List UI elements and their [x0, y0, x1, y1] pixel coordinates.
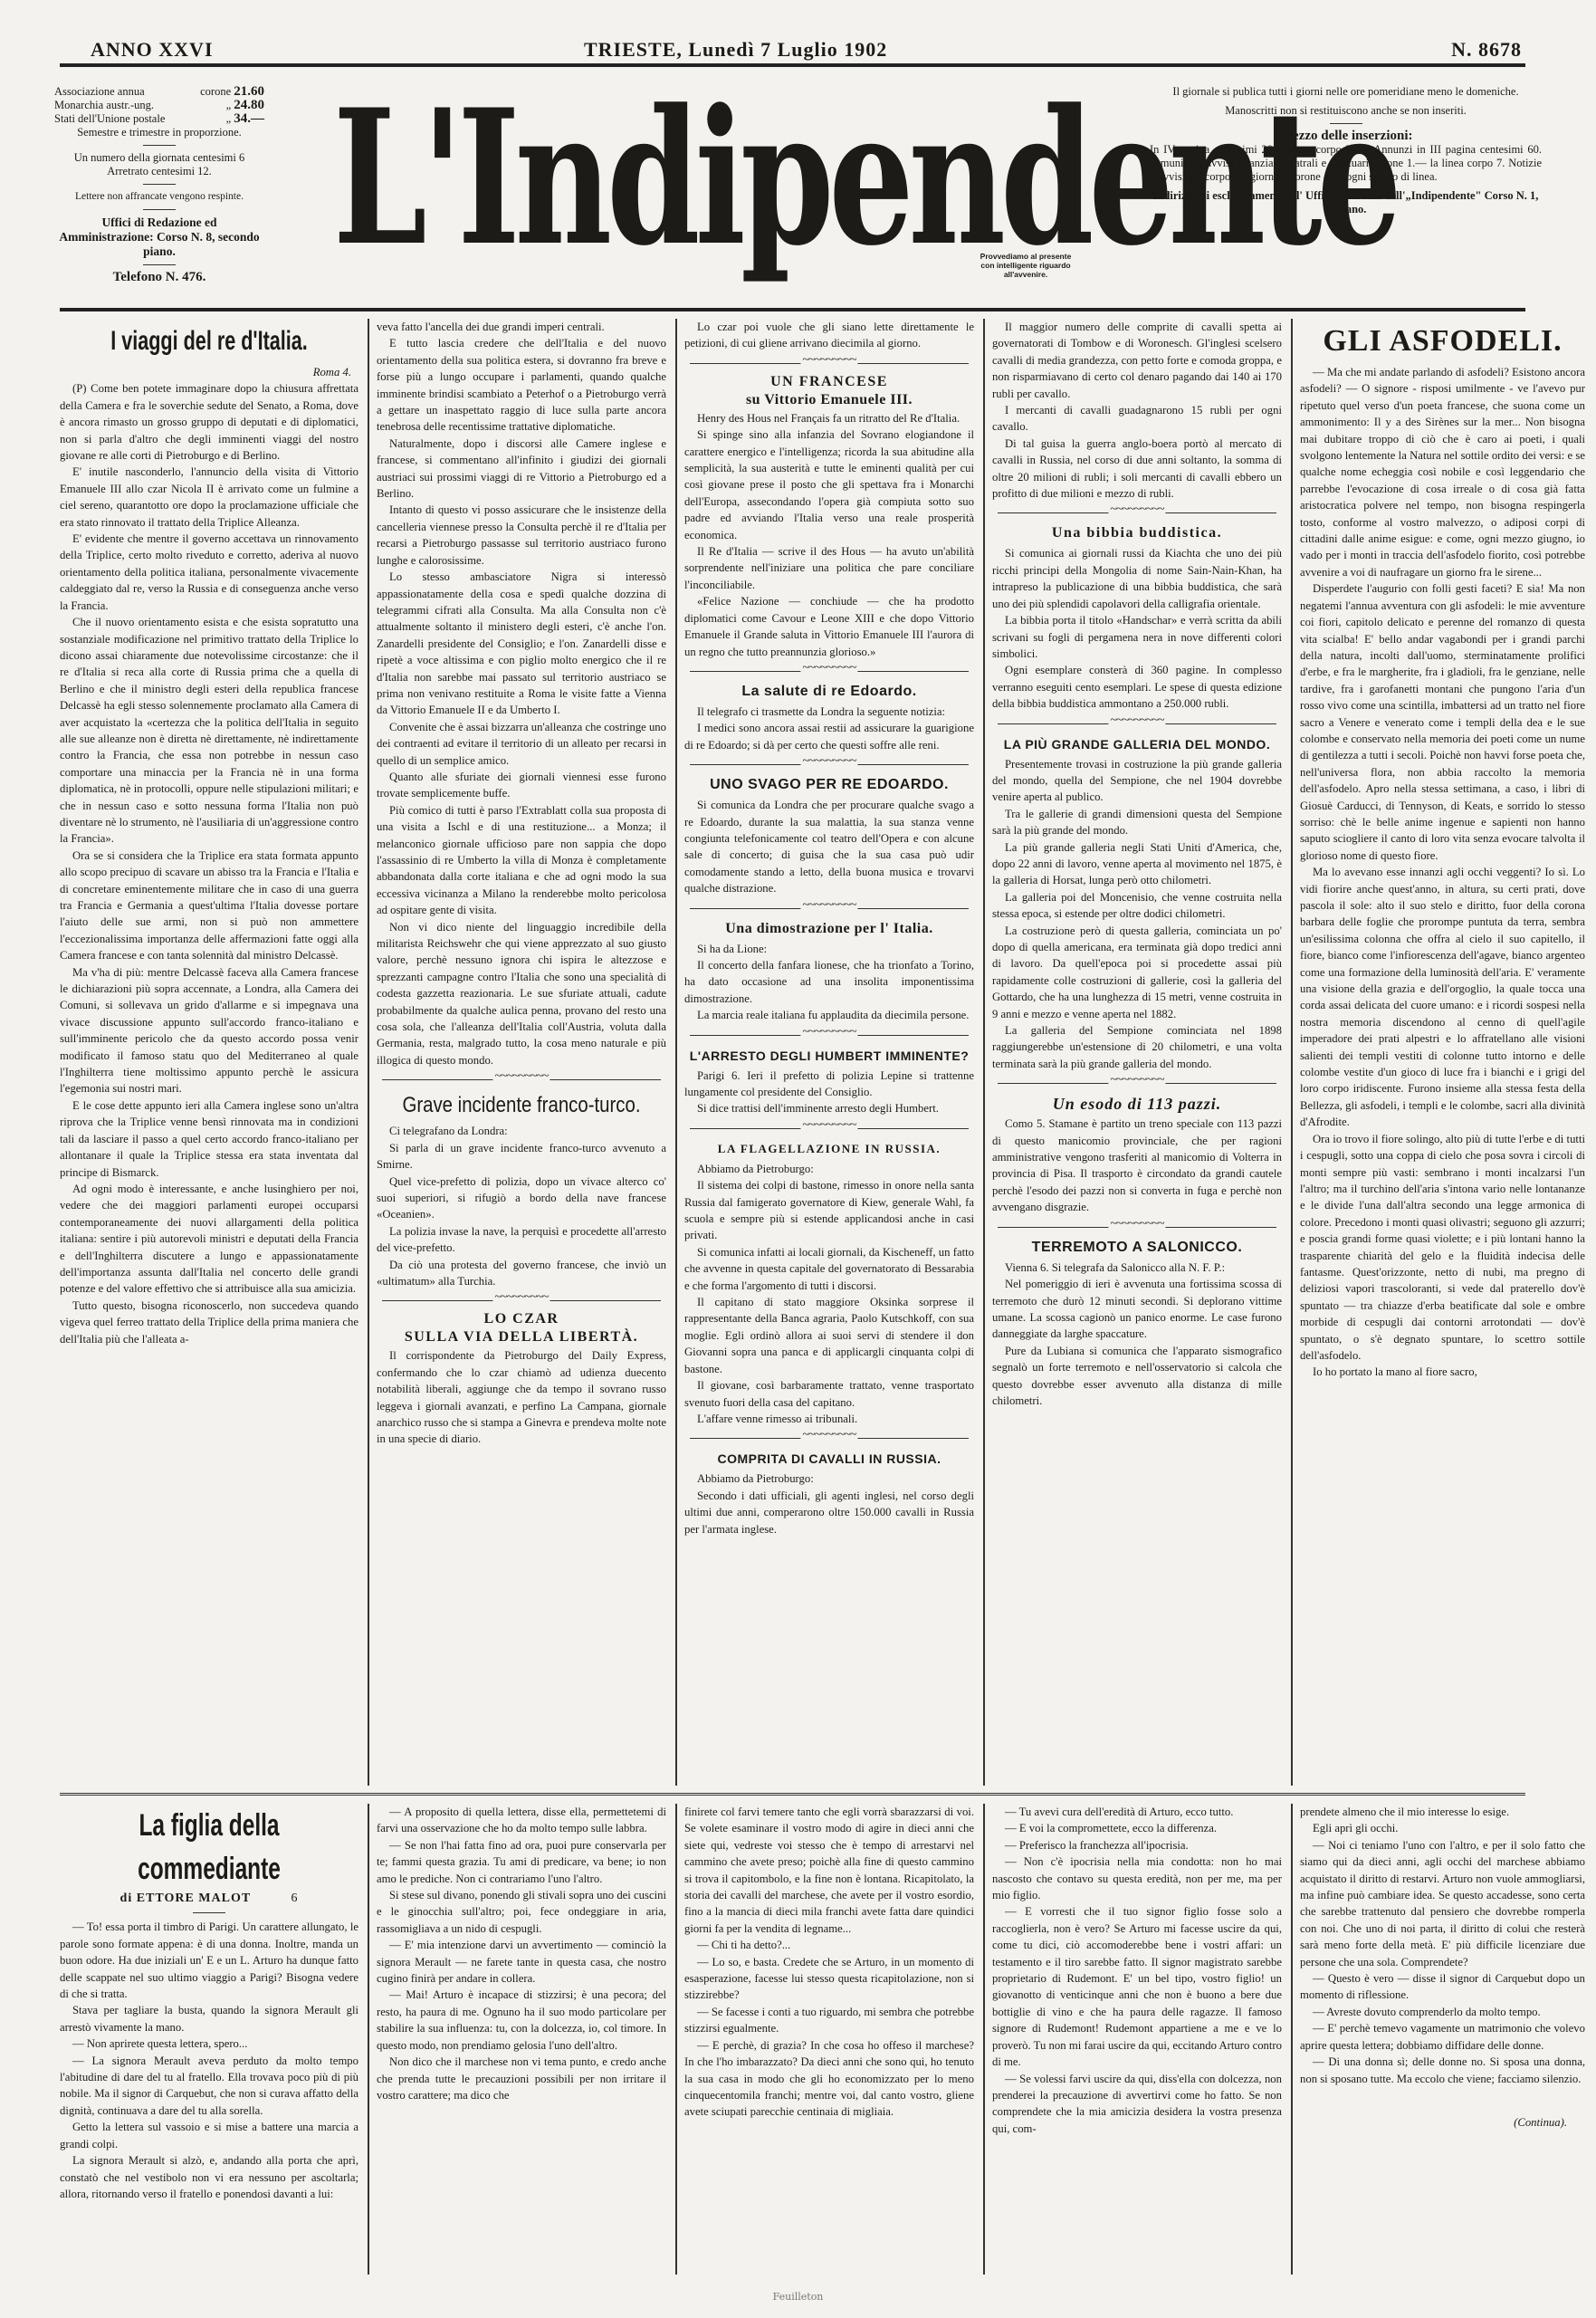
headline-flagellazione: LA FLAGELLAZIONE IN RUSSIA.: [684, 1139, 974, 1159]
paragraph: Ogni esemplare consterà di 360 pagine. I…: [992, 662, 1282, 712]
paragraph: — E voi la compromettete, ecco la differ…: [992, 1820, 1282, 1836]
price-row: Monarchia austr.-ung.„ 24.80: [54, 99, 264, 112]
ad-office-address: Indirizzarsi esclusivamente all' Ufficio…: [1150, 189, 1542, 216]
motto: Provvediamo al presente con intelligente…: [976, 252, 1075, 279]
paragraph: — Lo so, e basta. Credete che se Arturo,…: [684, 1954, 974, 2004]
paragraph: I medici sono ancora assai restii ad ass…: [684, 720, 974, 753]
paragraph: — Questo è vero — disse il signor di Car…: [1300, 1970, 1585, 2004]
feuilleton-column-2: — A proposito di quella lettera, disse e…: [377, 1804, 666, 2275]
paragraph: Lo stesso ambasciatore Nigra si interess…: [377, 569, 666, 719]
paragraph: La galleria poi del Moncenisio, che venn…: [992, 889, 1282, 923]
paragraph: Lo czar poi vuole che gli siano lette di…: [684, 319, 974, 352]
paragraph: Si ha da Lione:: [684, 941, 974, 957]
column-divider: [1291, 319, 1293, 1786]
wavy-divider: [684, 358, 974, 369]
divider: [1330, 123, 1362, 124]
price-row: Stati dell'Unione postale„ 34.—: [54, 112, 264, 126]
newspaper-title-logo: L'Indipendente: [333, 65, 1050, 292]
wavy-divider: [992, 1221, 1282, 1232]
paragraph: — A proposito di quella lettera, disse e…: [377, 1804, 666, 1837]
paragraph: — Tu avevi cura dell'eredità di Arturo, …: [992, 1804, 1282, 1820]
dateline-roma: Roma 4.: [60, 364, 358, 380]
paragraph: Egli aprì gli occhi.: [1300, 1820, 1585, 1836]
headline-humbert: L'ARRESTO DEGLI HUMBERT IMMINENTE?: [684, 1046, 974, 1066]
dateline: TRIESTE, Lunedì 7 Luglio 1902: [584, 38, 887, 62]
paragraph: — To! essa porta il timbro di Parigi. Un…: [60, 1919, 358, 2002]
paragraph: — Noi ci teniamo l'uno con l'altro, e pe…: [1300, 1837, 1585, 1970]
paragraph: La costruzione però di questa galleria, …: [992, 923, 1282, 1022]
back-issue-price: Arretrato centesimi 12.: [54, 165, 264, 178]
paragraph: Più comico di tutti è parso l'Extrablatt…: [377, 802, 666, 919]
paragraph: Il concerto della fanfara lionese, che h…: [684, 957, 974, 1007]
column-divider: [675, 1804, 677, 2275]
paragraph: Si comunica ai giornali russi da Kiachta…: [992, 545, 1282, 612]
paragraph: — Avreste dovuto comprenderlo da molto t…: [1300, 2004, 1585, 2020]
paragraph: Io ho portato la mano al fiore sacro,: [1300, 1364, 1585, 1380]
headline-grave-incidente: Grave incidente franco-turco.: [398, 1090, 645, 1121]
feuilleton-column-3: finirete col farvi temere tanto che egli…: [684, 1804, 974, 2275]
column-divider: [1291, 1804, 1293, 2275]
paragraph: Da ciò una protesta del governo francese…: [377, 1257, 666, 1290]
paragraph: Stava per tagliare la busta, quando la s…: [60, 2002, 358, 2035]
volume-year: ANNO XXVI: [91, 38, 214, 62]
paragraph: Presentemente trovasi in costruzione la …: [992, 756, 1282, 806]
paragraph: Si comunica infatti ai locali giornali, …: [684, 1244, 974, 1294]
headline-francese-2: su Vittorio Emanuele III.: [684, 392, 974, 408]
headline-czar-2: SULLA VIA DELLA LIBERTÀ.: [377, 1329, 666, 1346]
headline-asfodeli: GLI ASFODELI.: [1300, 319, 1585, 364]
paragraph: Convenite che è assai bizzarra un'allean…: [377, 719, 666, 769]
paragraph: — Di una donna sì; delle donne no. Si sp…: [1300, 2054, 1585, 2087]
paragraph: Disperdete l'augurio con folli gesti fac…: [1300, 580, 1585, 864]
paragraph: — Non aprirete questa lettera, spero...: [60, 2035, 358, 2052]
paragraph: Si spinge sino alla infanzia del Sovrano…: [684, 426, 974, 543]
column-divider: [368, 1804, 369, 2275]
paragraph: — Mai! Arturo è incapace di stizzirsi; è…: [377, 1987, 666, 2054]
paragraph: Di tal guisa la guerra anglo-boera portò…: [992, 436, 1282, 503]
paragraph: La più grande galleria negli Stati Uniti…: [992, 839, 1282, 889]
unstamped-letters-note: Lettere non affrancate vengono respinte.: [54, 190, 264, 204]
paragraph: Ora io trovo il fiore solingo, alto più …: [1300, 1131, 1585, 1365]
paragraph: Naturalmente, dopo i discorsi alle Camer…: [377, 436, 666, 503]
headline-galleria: LA PIÙ GRANDE GALLERIA DEL MONDO.: [992, 734, 1282, 754]
paragraph: E' evidente che mentre il governo accett…: [60, 531, 358, 614]
headline-francese-1: UN FRANCESE: [684, 374, 974, 390]
headline-svago: UNO SVAGO PER RE EDOARDO.: [684, 775, 974, 795]
continued-marker: (Continua).: [1300, 2114, 1585, 2131]
column-3: Lo czar poi vuole che gli siano lette di…: [684, 319, 974, 1786]
wavy-divider: [992, 507, 1282, 518]
single-issue-price: Un numero della giornata centesimi 6: [54, 151, 264, 165]
paragraph: — Preferisco la franchezza all'ipocrisia…: [992, 1837, 1282, 1853]
column-divider: [983, 1804, 985, 2275]
masthead-bottom-rule: [60, 308, 1525, 311]
subscription-note: Semestre e trimestre in proporzione.: [54, 126, 264, 139]
publication-notice: Il giornale si publica tutti i giorni ne…: [1150, 85, 1542, 99]
column-divider: [675, 319, 677, 1786]
paragraph: Ma v'ha di più: mentre Delcassè faceva a…: [60, 964, 358, 1097]
paragraph: I mercanti di cavalli guadagnarono 15 ru…: [992, 402, 1282, 436]
paragraph: Ci telegrafano da Londra:: [377, 1123, 666, 1139]
wavy-divider: [377, 1295, 666, 1306]
paragraph: — Ma che mi andate parlando di asfodeli?…: [1300, 364, 1585, 580]
offices-address: Uffici di Redazione ed Amministrazione: …: [54, 216, 264, 259]
paragraph: Intanto di questo vi posso assicurare ch…: [377, 502, 666, 569]
paragraph: Quanto alle sfuriate dei giornali vienne…: [377, 769, 666, 802]
paragraph: Il maggior numero delle comprite di cava…: [992, 319, 1282, 402]
paragraph: E' inutile nasconderlo, l'annuncio della…: [60, 464, 358, 531]
paragraph: — Chi ti ha detto?...: [684, 1937, 974, 1953]
paragraph: E tutto lascia credere che dell'Italia e…: [377, 335, 666, 435]
paragraph: Ora se si considera che la Triplice era …: [60, 848, 358, 964]
paragraph: Nel pomeriggio di ieri è avvenuta una fo…: [992, 1276, 1282, 1343]
wavy-divider: [684, 903, 974, 914]
footer-label: Feuilleton: [0, 2291, 1596, 2303]
column-5: GLI ASFODELI. — Ma che mi andate parland…: [1300, 319, 1585, 1786]
paragraph: — Se non l'hai fatta fino ad ora, puoi p…: [377, 1837, 666, 1887]
headline-terremoto: TERREMOTO A SALONICCO.: [992, 1238, 1282, 1258]
paragraph: La bibbia porta il titolo «Handschar» e …: [992, 612, 1282, 662]
headline-czar-1: LO CZAR: [377, 1311, 666, 1327]
paragraph: La marcia reale italiana fu applaudita d…: [684, 1007, 974, 1023]
wavy-divider: [377, 1074, 666, 1085]
manuscripts-notice: Manoscritti non si restituiscono anche s…: [1150, 104, 1542, 118]
paragraph: prendete almeno che il mio interesse lo …: [1300, 1804, 1585, 1820]
feuilleton-author: di ETTORE MALOT 6: [60, 1891, 358, 1907]
paragraph: — Se volessi farvi uscire da qui, diss'e…: [992, 2071, 1282, 2138]
headline-salute: La salute di re Edoardo.: [684, 682, 974, 702]
paragraph: — Se facesse i conti a tuo riguardo, mi …: [684, 2004, 974, 2037]
headline-dimostrazione: Una dimostrazione per l' Italia.: [684, 919, 974, 939]
paragraph: veva fatto l'ancella dei due grandi impe…: [377, 319, 666, 335]
paragraph: Si parla di un grave incidente franco-tu…: [377, 1140, 666, 1173]
price-row: Associazione annuacorone 21.60: [54, 85, 264, 99]
divider: [143, 209, 176, 210]
column-divider: [368, 319, 369, 1786]
column-4: Il maggior numero delle comprite di cava…: [992, 319, 1282, 1786]
headline-viaggi: I viaggi del re d'Italia.: [101, 321, 317, 362]
wavy-divider: [684, 1030, 974, 1040]
subscription-box: Associazione annuacorone 21.60 Monarchia…: [54, 85, 264, 284]
phone-number: Telefono N. 476.: [54, 271, 264, 284]
paragraph: E le cose dette appunto ieri alla Camera…: [60, 1097, 358, 1181]
paragraph: — E perchè, di grazia? In che cosa ho of…: [684, 2037, 974, 2121]
column-divider: [983, 319, 985, 1786]
ad-prices-title: Prezzo delle inserzioni:: [1150, 129, 1542, 143]
paragraph: Abbiamo da Pietroburgo:: [684, 1161, 974, 1177]
column-2: veva fatto l'ancella dei due grandi impe…: [377, 319, 666, 1786]
wavy-divider: [684, 1123, 974, 1134]
notices-box: Il giornale si publica tutti i giorni ne…: [1150, 85, 1542, 216]
feuilleton-column-4: — Tu avevi cura dell'eredità di Arturo, …: [992, 1804, 1282, 2275]
paragraph: — E vorresti che il tuo signor figlio fo…: [992, 1903, 1282, 2070]
paragraph: «Felice Nazione — conchiude — che ha pro…: [684, 593, 974, 660]
divider: [143, 145, 176, 146]
paragraph: — E' mia intenzione darvi un avvertiment…: [377, 1937, 666, 1987]
paragraph: Non dico che il marchese non vi tema pun…: [377, 2054, 666, 2103]
feuilleton-column-1: La figlia della commediante di ETTORE MA…: [60, 1804, 358, 2275]
paragraph: — E' perchè temevo vagamente un matrimon…: [1300, 2020, 1585, 2054]
page-body: I viaggi del re d'Italia. Roma 4. (P) Co…: [60, 319, 1525, 2284]
headline-esodo: Un esodo di 113 pazzi.: [992, 1094, 1282, 1114]
wavy-divider: [684, 759, 974, 770]
paragraph: Non vi dico niente del linguaggio incred…: [377, 919, 666, 1069]
paragraph: Tra le gallerie di grandi dimensioni que…: [992, 806, 1282, 839]
paragraph: Ma lo avevano esse innanzi agli occhi ve…: [1300, 864, 1585, 1131]
wavy-divider: [992, 1078, 1282, 1088]
paragraph: Abbiamo da Pietroburgo:: [684, 1470, 974, 1487]
feuilleton-column-5: prendete almeno che il mio interesse lo …: [1300, 1804, 1585, 2275]
feuilleton-rule: [60, 1793, 1525, 1796]
paragraph: Il giovane, così barbaramente trattato, …: [684, 1377, 974, 1411]
paragraph: Parigi 6. Ieri il prefetto di polizia Le…: [684, 1068, 974, 1101]
paragraph: Pure da Lubiana si comunica che l'appara…: [992, 1343, 1282, 1410]
headline-compra: COMPRITA DI CAVALLI IN RUSSIA.: [684, 1449, 974, 1469]
paragraph: Si comunica da Londra che per procurare …: [684, 797, 974, 896]
masthead: Associazione annuacorone 21.60 Monarchia…: [54, 74, 1542, 305]
paragraph: Il sistema dei colpi di bastone, rimesso…: [684, 1177, 974, 1244]
paragraph: L'affare venne rimesso ai tribunali.: [684, 1411, 974, 1427]
paragraph: Il capitano di stato maggiore Oksinka so…: [684, 1294, 974, 1377]
paragraph: Como 5. Stamane è partito un treno speci…: [992, 1116, 1282, 1215]
paragraph: Il Re d'Italia — scrive il des Hous — ha…: [684, 543, 974, 593]
paragraph: Si dice trattisi dell'imminente arresto …: [684, 1100, 974, 1116]
divider: [143, 264, 176, 265]
paragraph: Si stese sul divano, ponendo gli stivali…: [377, 1887, 666, 1937]
paragraph: Secondo i dati ufficiali, gli agenti ing…: [684, 1488, 974, 1537]
paragraph: La galleria del Sempione cominciata nel …: [992, 1022, 1282, 1072]
paragraph: Che il nuovo orientamento esista e che e…: [60, 614, 358, 848]
feuilleton-title: La figlia della commediante: [101, 1804, 317, 1891]
paragraph: Ad ogni modo è interessante, e anche lus…: [60, 1181, 358, 1298]
paragraph: Il telegrafo ci trasmette da Londra la s…: [684, 704, 974, 720]
divider: [143, 184, 176, 185]
paragraph: La signora Merault si alzò, e, andando a…: [60, 2152, 358, 2202]
issue-number: N. 8678: [1451, 38, 1522, 62]
paragraph: Tutto questo, bisogna riconoscerlo, non …: [60, 1298, 358, 1347]
paragraph: Quel vice-prefetto di polizia, dopo un v…: [377, 1173, 666, 1223]
paragraph: — La signora Merault aveva perduto da mo…: [60, 2053, 358, 2120]
paragraph: (P) Come ben potete immaginare dopo la c…: [60, 380, 358, 464]
wavy-divider: [684, 666, 974, 676]
ad-prices-text: In IV pagina centesimi 20 la linea corpo…: [1150, 143, 1542, 184]
column-1: I viaggi del re d'Italia. Roma 4. (P) Co…: [60, 319, 358, 1786]
paragraph: Il corrispondente da Pietroburgo del Dai…: [377, 1347, 666, 1447]
paragraph: La polizia invase la nave, la perquisì e…: [377, 1223, 666, 1257]
paragraph: finirete col farvi temere tanto che egli…: [684, 1804, 974, 1937]
paragraph: Getto la lettera sul vassoio e si mise a…: [60, 2119, 358, 2152]
divider: [193, 1912, 225, 1913]
wavy-divider: [992, 718, 1282, 729]
episode-number: 6: [291, 1892, 298, 1905]
paragraph: Henry des Hous nel Français fa un ritrat…: [684, 410, 974, 426]
headline-bibbia: Una bibbia buddistica.: [992, 523, 1282, 543]
paragraph: — Non c'è ipocrisia nella mia condotta: …: [992, 1853, 1282, 1903]
wavy-divider: [684, 1432, 974, 1443]
paragraph: Vienna 6. Si telegrafa da Salonicco alla…: [992, 1260, 1282, 1276]
